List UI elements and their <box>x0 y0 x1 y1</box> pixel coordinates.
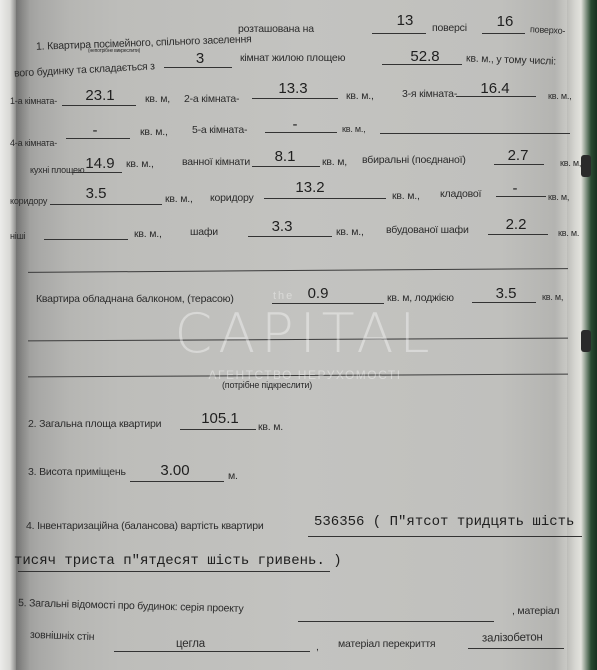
total-area-underline <box>180 429 256 430</box>
rooms-count-underline <box>164 67 232 68</box>
room5-extra-underline <box>380 133 570 134</box>
blank-rule <box>28 338 568 342</box>
binder-ring-mark <box>581 155 591 177</box>
builtin-underline <box>488 234 548 235</box>
room2-value: 13.3 <box>268 80 318 97</box>
intro-hint: (непотрібне викреслити) <box>88 48 140 54</box>
room2-underline <box>252 98 338 99</box>
building-consists-label: вого будинку та складається з <box>14 60 155 79</box>
including-label: кв. м., у тому числі: <box>466 52 556 67</box>
ceiling-height-label: 3. Висота приміщень <box>28 466 126 478</box>
rooms-living-area-label: кімнат жилою площею <box>240 52 345 64</box>
total-area-value: 105.1 <box>190 410 250 427</box>
builtin-label: вбудованої шафи <box>386 224 469 236</box>
room4-value: - <box>80 122 110 139</box>
ceiling-height-unit: м. <box>228 470 238 482</box>
storage-value: - <box>500 180 530 197</box>
builtin-value: 2.2 <box>496 216 536 233</box>
total-floors-label: поверхо- <box>530 24 566 36</box>
room1-label: 1-а кімната- <box>10 96 57 106</box>
blank-rule <box>28 374 568 378</box>
hall-underline <box>50 204 162 205</box>
floor-material-underline <box>468 648 564 649</box>
corridor-label: коридору <box>210 192 254 204</box>
inventory-value-line2-underline <box>18 571 330 572</box>
hall-value: 3.5 <box>76 185 116 202</box>
inventory-value-label: 4. Інвентаризаційна (балансова) вартість… <box>26 520 264 532</box>
room5-unit: кв. м., <box>342 124 366 134</box>
total-area-unit: кв. м. <box>258 421 283 433</box>
room1-value: 23.1 <box>75 87 125 104</box>
room3-unit: кв. м., <box>548 91 572 101</box>
wardrobe-label: шафи <box>190 226 218 238</box>
floor-material-label: матеріал перекриття <box>338 638 435 650</box>
watermark-main: CAPITAL <box>155 302 455 365</box>
loggia-unit: кв. м, <box>542 292 563 302</box>
other-underline <box>44 239 128 240</box>
storage-unit: кв. м, <box>548 192 569 202</box>
room4-label: 4-а кімната- <box>10 138 57 148</box>
balcony-unit: кв. м, лоджією <box>387 292 454 304</box>
bathroom-underline <box>252 166 320 167</box>
walls-label: зовнішніх стін <box>30 629 95 643</box>
total-area-label: 2. Загальна площа квартири <box>28 418 161 430</box>
ceiling-height-underline <box>130 481 224 482</box>
corridor-value: 13.2 <box>285 179 335 196</box>
toilet-unit: кв. м, <box>560 158 581 168</box>
room1-unit: кв. м, <box>145 93 170 105</box>
room5-label: 5-а кімната- <box>192 124 247 136</box>
other-unit: кв. м., <box>134 228 162 240</box>
balcony-underline <box>272 303 384 304</box>
wardrobe-value: 3.3 <box>262 218 302 235</box>
balcony-value: 0.9 <box>298 285 338 302</box>
material-label: , матеріал <box>512 605 559 617</box>
wardrobe-unit: кв. м., <box>336 226 364 238</box>
inventory-value-line2: тисяч триста п"ятдесят шість гривень. ) <box>14 553 342 569</box>
room3-label: 3-я кімната- <box>402 88 457 100</box>
comma: , <box>316 641 319 653</box>
bathroom-unit: кв. м, <box>322 156 347 168</box>
kitchen-unit: кв. м., <box>126 158 154 170</box>
ceiling-height-value: 3.00 <box>150 462 200 479</box>
floor-value: 13 <box>385 12 425 29</box>
room2-label: 2-а кімната- <box>184 93 239 105</box>
loggia-value: 3.5 <box>486 285 526 302</box>
other-label: ніші <box>10 231 25 241</box>
building-info-label: 5. Загальні відомості про будинок: серія… <box>18 597 244 615</box>
document-page: 1. Квартира посімейного, спільного засел… <box>0 0 597 670</box>
watermark-the: the <box>273 290 294 302</box>
walls-underline <box>114 651 310 652</box>
toilet-underline <box>494 164 544 165</box>
kitchen-label: кухні площею <box>30 165 84 175</box>
floor-label: поверсі <box>432 22 467 34</box>
total-floors-underline <box>482 33 525 34</box>
balcony-label: Квартира обладнана балконом, (терасою) <box>36 293 234 305</box>
room2-unit: кв. м., <box>346 90 374 102</box>
total-floors-value: 16 <box>485 13 525 30</box>
room4-unit: кв. м., <box>140 126 168 138</box>
project-series-underline <box>298 621 494 622</box>
floor-material-value: залізобетон <box>482 631 543 644</box>
kitchen-underline <box>72 172 122 173</box>
located-on-label: розташована на <box>238 23 314 35</box>
loggia-underline <box>472 302 536 303</box>
room3-value: 16.4 <box>470 80 520 97</box>
storage-label: кладової <box>440 188 481 200</box>
inventory-value-underline <box>308 536 582 537</box>
living-area-value: 52.8 <box>395 48 455 65</box>
hall-label: коридору <box>10 196 47 206</box>
kitchen-value: 14.9 <box>80 155 120 172</box>
bathroom-value: 8.1 <box>265 148 305 165</box>
blank-rule <box>28 268 568 273</box>
rooms-count-value: 3 <box>180 50 220 67</box>
floor-underline <box>372 33 426 34</box>
hall-unit: кв. м., <box>165 193 193 205</box>
balcony-hint: (потрібне підкреслити) <box>222 380 312 390</box>
binder-ring-mark <box>581 330 591 352</box>
inventory-value-line1: 536356 ( П"ятсот тридцять шість <box>314 514 574 530</box>
room5-value: - <box>275 116 315 133</box>
bathroom-label: ванної кімнати <box>182 156 250 168</box>
corridor-underline <box>264 198 386 199</box>
builtin-unit: кв. м. <box>558 228 579 238</box>
corridor-unit: кв. м., <box>392 190 420 202</box>
walls-value: цегла <box>176 638 205 650</box>
room1-underline <box>62 105 136 106</box>
toilet-value: 2.7 <box>498 147 538 164</box>
wardrobe-underline <box>248 236 332 237</box>
toilet-label: вбиральні (поєднаної) <box>362 154 466 166</box>
